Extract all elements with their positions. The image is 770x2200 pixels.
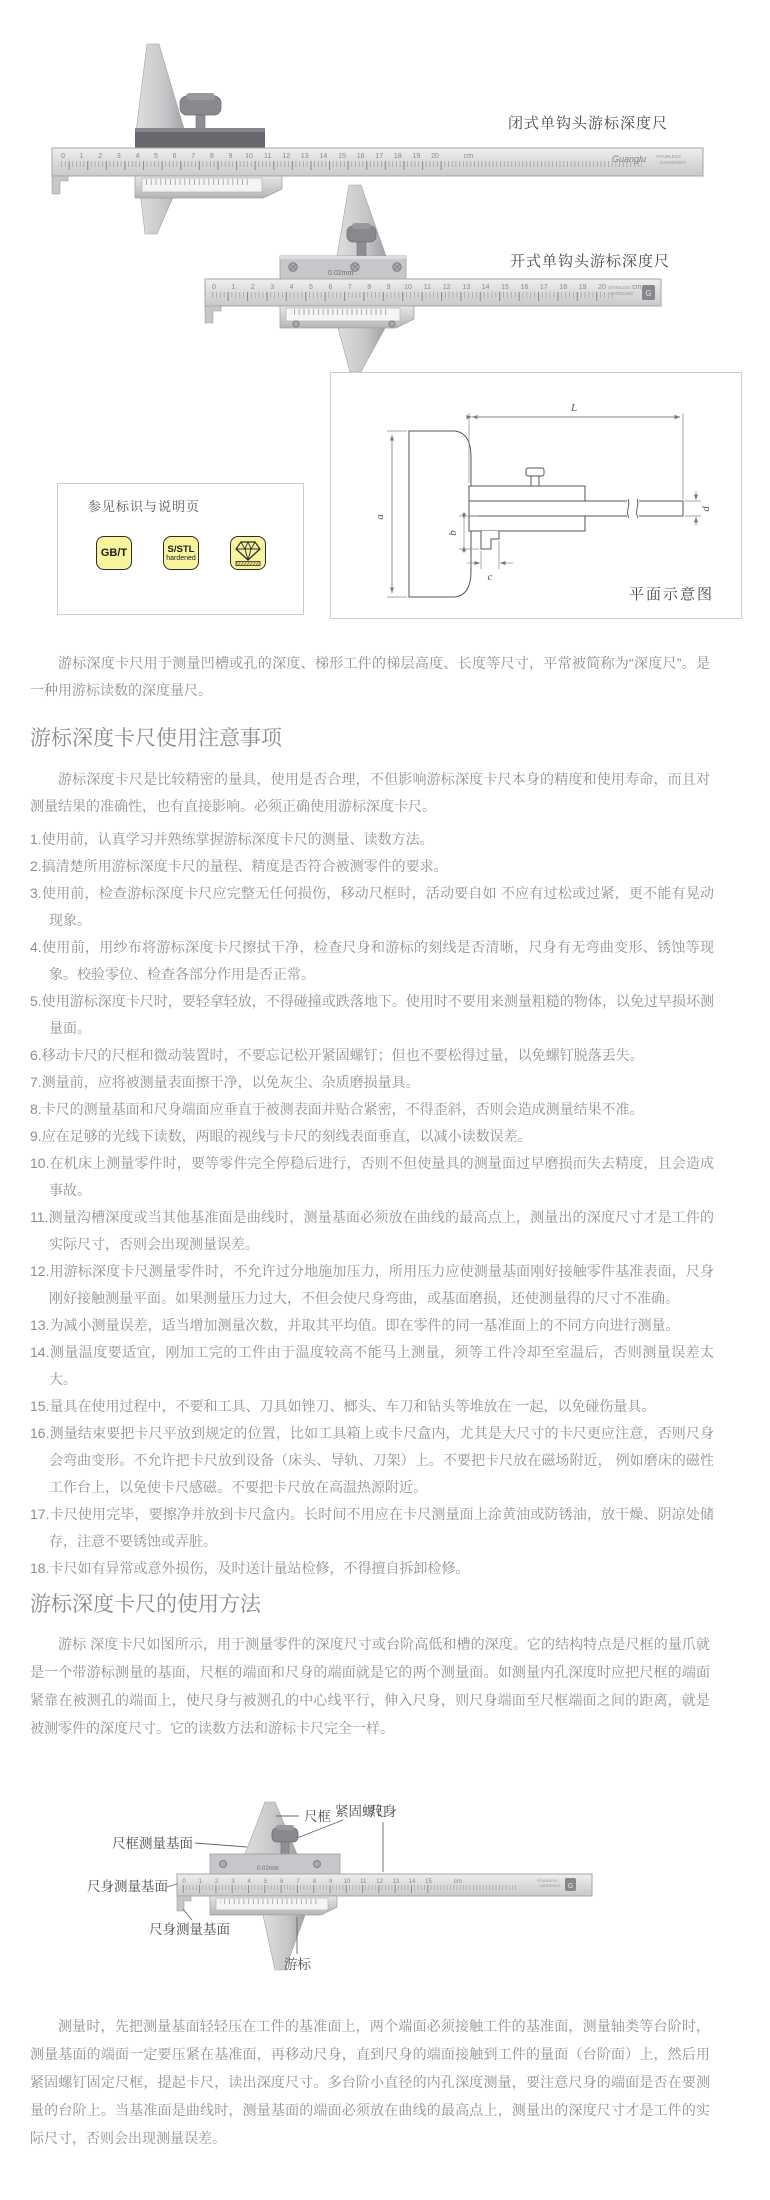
svg-text:13: 13 (301, 153, 309, 160)
brand-line2: HARDENED (660, 160, 686, 165)
svg-text:19: 19 (413, 153, 421, 160)
badge-gbt: GB/T (96, 536, 132, 570)
schematic-hook (481, 531, 499, 549)
note-item: 15.量具在使用过程中，不要和工具、刀具如锉刀、榔头、车刀和钻头等堆放在 一起，… (30, 1393, 714, 1420)
intro-paragraph: 游标深度卡尺用于测量凹槽或孔的深度、梯形工件的梯层高度、长度等尺寸，平常被简称为… (30, 650, 710, 704)
svg-text:3: 3 (270, 284, 274, 291)
svg-text:10: 10 (404, 284, 412, 291)
label-frame: 尺框 (304, 1808, 331, 1824)
svg-text:3: 3 (117, 153, 121, 160)
schematic-caption: 平面示意图 (629, 586, 714, 603)
svg-text:20: 20 (431, 153, 439, 160)
dim-a: a (374, 514, 386, 520)
brand-line1: STAINLESS (656, 154, 681, 159)
svg-text:14: 14 (409, 1879, 416, 1885)
badge-carbide (230, 536, 266, 570)
note-item: 10.在机床上测量零件时，要等零件完全停稳后进行，否则不但使量具的测量面过早磨损… (30, 1150, 714, 1204)
plan-schematic-drawing: L a b c (331, 373, 741, 618)
svg-text:15: 15 (501, 284, 509, 291)
ruler-cm-ticks (211, 292, 603, 301)
svg-text:16: 16 (357, 153, 365, 160)
note-item: 5.使用游标深度卡尺时，要轻拿轻放，不得碰撞或跌落地下。使用时不要用来测量粗糙的… (30, 988, 714, 1042)
svg-text:14: 14 (320, 153, 328, 160)
measuring-hook (205, 306, 221, 323)
thumbscrew-cap (186, 93, 215, 100)
thumbscrew-cap (352, 223, 371, 229)
svg-text:11: 11 (424, 284, 431, 291)
brand-line1: STAINLESS (537, 1879, 558, 1883)
section1-lead: 游标深度卡尺是比较精密的量具，使用是否合理，不但影响游标深度卡尺本身的精度和使用… (30, 766, 710, 820)
brand-line2: HARDENED (610, 291, 634, 296)
measuring-hook (177, 1896, 191, 1911)
thumbscrew-cap (276, 1825, 294, 1830)
dim-d: d (700, 506, 712, 512)
svg-text:7: 7 (348, 284, 352, 291)
svg-text:cm: cm (632, 284, 642, 291)
schematic-beam (469, 501, 683, 516)
svg-text:15: 15 (425, 1879, 432, 1885)
note-item: 13.为减小测量误差，适当增加测量次数，并取其平均值。即在零件的同一基准面上的不… (30, 1312, 714, 1339)
dim-L: L (570, 402, 577, 414)
article-page: 01234567891011121314151617181920cm Guang… (0, 0, 770, 2200)
schematic-base (409, 431, 471, 597)
svg-text:9: 9 (387, 284, 391, 291)
svg-text:8: 8 (210, 153, 214, 160)
caliper-base-blade-upper (136, 44, 185, 132)
svg-text:18: 18 (394, 153, 402, 160)
note-item: 6.移动卡尺的尺框和微动装置时，不要忘记松开紧固螺钉；但也不要松得过量，以免螺钉… (30, 1042, 714, 1069)
schematic-screw-cap (526, 468, 544, 476)
dim-b: b (447, 530, 459, 536)
ruler-cm-ticks (181, 1885, 429, 1893)
photo-label-open: 开式单钩头游标深度尺 (510, 250, 670, 271)
svg-text:5: 5 (154, 153, 158, 160)
svg-text:4: 4 (290, 284, 294, 291)
svg-text:18: 18 (559, 284, 567, 291)
ruler-cm-ticks (58, 161, 452, 170)
note-item: 12.用游标深度卡尺测量零件时，不允许过分地施加压力，所用压力应使测量基面刚好接… (30, 1258, 714, 1312)
label-body-base1: 尺身测量基面 (87, 1879, 168, 1894)
svg-text:10: 10 (344, 1879, 351, 1885)
svg-text:cm: cm (464, 153, 474, 160)
dim-a-lines (387, 431, 407, 597)
section2-heading: 游标深度卡尺的使用方法 (30, 1588, 261, 1618)
svg-text:16: 16 (521, 284, 529, 291)
note-item: 11.测量沟槽深度或当其他基准面是曲线时，测量基面必须放在曲线的最高点上，测量出… (30, 1204, 714, 1258)
brand-logo-letter: G (645, 289, 651, 298)
label-vernier: 游标 (284, 1956, 311, 1972)
refbox-title: 参见标识与说明页 (88, 496, 200, 515)
reference-marks-box: 参见标识与说明页 GB/T S/STL hardened (57, 483, 304, 615)
measuring-hook (52, 176, 68, 194)
svg-text:1: 1 (80, 153, 84, 160)
svg-text:19: 19 (579, 284, 587, 291)
svg-text:13: 13 (462, 284, 470, 291)
svg-text:0: 0 (212, 284, 216, 291)
svg-text:7: 7 (191, 153, 195, 160)
note-item: 16.测量结束要把卡尺平放到规定的位置，比如工具箱上或卡尺盒内，尤其是大尺寸的卡… (30, 1420, 714, 1501)
note-item: 7.测量前，应将被测量表面擦干净，以免灰尘、杂质磨损量具。 (30, 1069, 714, 1096)
label-frame-base: 尺框测量基面 (112, 1835, 193, 1851)
svg-text:13: 13 (393, 1879, 400, 1885)
label-body: 尺身 (370, 1804, 397, 1819)
section1-heading: 游标深度卡尺使用注意事项 (30, 722, 282, 752)
brand-line1: STAINLESS (608, 285, 631, 290)
note-item: 1.使用前，认真学习并熟练掌握游标深度卡尺的测量、读数方法。 (30, 826, 714, 853)
badge-sstl: S/STL hardened (163, 536, 199, 570)
svg-text:8: 8 (367, 284, 371, 291)
note-item: 3.使用前，检查游标深度卡尺应完整无任何损伤，移动尺框时，活动要自如 不应有过松… (30, 880, 714, 934)
graduation-text: 0.02mm (257, 1866, 279, 1872)
svg-text:17: 17 (375, 153, 383, 160)
svg-text:11: 11 (264, 153, 271, 160)
brand-logo-letter: G (568, 1883, 573, 1890)
svg-text:10: 10 (245, 153, 253, 160)
svg-text:4: 4 (135, 153, 139, 160)
svg-text:6: 6 (173, 153, 177, 160)
brand-line2: HARDENED (539, 1884, 561, 1888)
plan-schematic-box: L a b c (330, 372, 742, 619)
notes-list: 1.使用前，认真学习并熟练掌握游标深度卡尺的测量、读数方法。2.搞清楚所用游标深… (30, 826, 714, 1582)
note-item: 14.测量温度要适宜，刚加工完的工件由于温度较高不能马上测量，须等工件冷却至室温… (30, 1339, 714, 1393)
badge-sstl-sub: hardened (166, 555, 196, 563)
svg-text:20: 20 (598, 284, 606, 291)
svg-text:12: 12 (282, 153, 290, 160)
dim-d-lines (685, 491, 701, 526)
svg-text:cm: cm (454, 1879, 462, 1885)
note-item: 17.卡尺使用完毕，要擦净并放到卡尺盒内。长时间不用应在卡尺测量面上涂黄油或防锈… (30, 1501, 714, 1555)
schematic-screw-stem (531, 476, 539, 486)
label-body-base2: 尺身测量基面 (149, 1922, 230, 1937)
clamp-highlight (135, 128, 265, 132)
closing-paragraph: 测量时，先把测量基面轻轻压在工件的基准面上，两个端面必须接触工件的基准面，测量轴… (30, 2012, 710, 2152)
note-item: 8.卡尺的测量基面和尺身端面应垂直于被测表面并贴合紧密，不得歪斜，否则会造成测量… (30, 1096, 714, 1123)
svg-text:12: 12 (443, 284, 451, 291)
svg-text:14: 14 (482, 284, 490, 291)
note-item: 4.使用前，用纱布将游标深度卡尺擦拭干净，检查尺身和游标的刻线是否清晰，尺身有无… (30, 934, 714, 988)
svg-text:5: 5 (309, 284, 313, 291)
note-item: 18.卡尺如有异常或意外损伤，及时送计量站检修，不得擅自拆卸检修。 (30, 1555, 714, 1582)
svg-text:6: 6 (328, 284, 332, 291)
caliper-photo-open: 0.02mm 01234567891011121314151617181920c… (150, 182, 710, 377)
schematic-slider (469, 516, 585, 531)
diamond-gem-icon (233, 539, 263, 567)
svg-text:17: 17 (540, 284, 548, 291)
frame-highlight (280, 256, 406, 259)
photo-label-closed: 闭式单钩头游标深度尺 (508, 112, 668, 133)
badge-sstl-label: S/STL (168, 544, 195, 555)
svg-text:11: 11 (360, 1879, 367, 1885)
svg-text:9: 9 (228, 153, 232, 160)
svg-text:1: 1 (231, 284, 235, 291)
usage-figure: 0.02mm 0123456789101112131415cm STAINLES… (85, 1792, 685, 2017)
svg-text:15: 15 (338, 153, 346, 160)
svg-text:12: 12 (376, 1879, 383, 1885)
vernier-ticks (290, 309, 390, 315)
svg-text:2: 2 (251, 284, 255, 291)
badge-gbt-label: GB/T (101, 548, 127, 559)
note-item: 9.应在足够的光线下读数，两眼的视线与卡尺的刻线表面垂直，以减小读数误差。 (30, 1123, 714, 1150)
caliper-base-blade-lower (338, 328, 385, 372)
graduation-text: 0.02mm (328, 270, 353, 277)
dim-c: c (488, 571, 493, 583)
thumbscrew-knob (272, 1828, 298, 1842)
svg-text:0: 0 (61, 153, 65, 160)
section2-lead: 游标 深度卡尺如图所示，用于测量零件的深度尺寸或台阶高低和槽的深度。它的结构特点… (30, 1630, 710, 1742)
brand-text: Guanglu (612, 154, 646, 164)
svg-text:2: 2 (98, 153, 102, 160)
vernier-ticks (220, 1899, 318, 1904)
note-item: 2.搞清楚所用游标深度卡尺的量程、精度是否符合被测零件的要求。 (30, 853, 714, 880)
schematic-sleeve (469, 486, 585, 501)
